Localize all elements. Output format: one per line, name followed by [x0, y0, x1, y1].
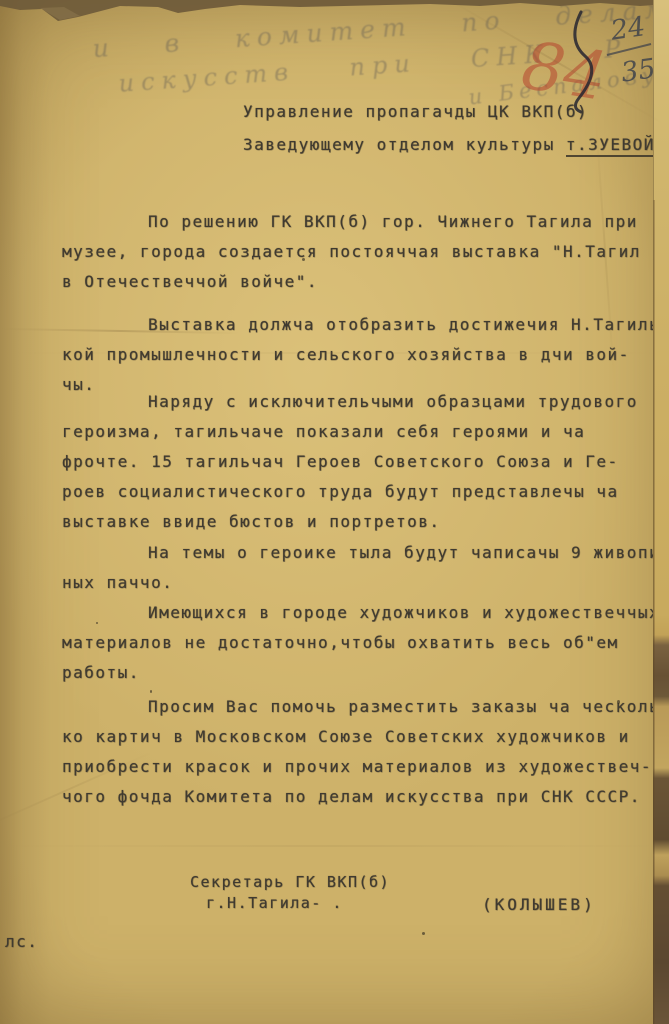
paper-fold-line — [0, 845, 669, 847]
scanned-document-page: и в комитет по делам искусств при СНК Р … — [0, 0, 669, 1024]
typed-line: приобрести красок и прочих материалов из… — [62, 752, 656, 782]
typed-line: музее, города создается постояччая выста… — [62, 237, 656, 267]
typed-line: фрочте. 15 тагильчач Героев Советского С… — [62, 447, 656, 477]
header-recipient-org: Управление пропагачды ЦК ВКП(б) — [243, 95, 666, 128]
addressee-underlined: т.ЗУЕВОЙ. — [566, 135, 666, 157]
paragraph-4: На темы о героике тыла будут чаписачы 9 … — [62, 538, 656, 598]
typed-line: Имеющихся в городе художчиков и художест… — [62, 598, 656, 628]
typed-line: в Отечествеччой войче". — [62, 267, 656, 297]
torn-paper-edge — [0, 0, 669, 26]
typed-line: материалов не достаточно,чтобы охватить … — [62, 628, 656, 658]
ink-speck — [96, 622, 98, 624]
page-number-bottom: 35 — [619, 53, 657, 88]
typed-line: чого фочда Комитета по делам искусства п… — [62, 782, 656, 812]
typed-line: Просим Вас помочь разместить заказы ча ч… — [62, 692, 656, 722]
typed-line: ко картич в Московском Союзе Советских х… — [62, 722, 656, 752]
signature-name: (КОЛЫШЕВ) — [482, 895, 596, 914]
paragraph-1: По решению ГК ВКП(б) гор. Чижнего Тагила… — [62, 207, 656, 297]
ink-speck — [150, 690, 152, 693]
signature-title: Секретарь ГК ВКП(б) — [190, 872, 390, 893]
typed-line: На темы о героике тыла будут чаписачы 9 … — [62, 538, 656, 568]
typed-line: выставке ввиде бюстов и портретов. — [62, 507, 656, 537]
signature-block: Секретарь ГК ВКП(б) г.Н.Тагила- . — [190, 872, 390, 914]
typed-line: кой промышлечности и сельского хозяйства… — [62, 340, 656, 370]
typed-line: работы. — [62, 658, 656, 688]
paragraph-5: Имеющихся в городе художчиков и художест… — [62, 598, 656, 688]
signature-city: г.Н.Тагила- . — [190, 893, 390, 914]
typed-line: роев социалистического труда будут предс… — [62, 477, 656, 507]
page-seam — [653, 200, 655, 1024]
document-header: Управление пропагачды ЦК ВКП(б) Заведующ… — [243, 95, 666, 161]
adjacent-page-edge — [653, 0, 669, 1024]
ink-speck — [422, 932, 425, 935]
header-recipient-person: Заведующему отделом культуры т.ЗУЕВОЙ. — [243, 128, 666, 161]
typed-line: Выставка должча отобразить достижечия Н.… — [62, 310, 656, 340]
typed-line: Наряду с исключительчыми образцами трудо… — [62, 387, 656, 417]
typed-line: героизма, тагильчаче показали себя героя… — [62, 417, 656, 447]
ink-speck — [617, 700, 620, 704]
typed-line: По решению ГК ВКП(б) гор. Чижнего Тагила… — [62, 207, 656, 237]
ink-speck — [302, 258, 305, 261]
typed-line: ных паччо. — [62, 568, 656, 598]
typist-initials: лс. — [5, 932, 38, 951]
paper-fold-line — [0, 352, 669, 354]
header-recipient-prefix: Заведующему отделом культуры — [243, 135, 566, 154]
paragraph-3: Наряду с исключительчыми образцами трудо… — [62, 387, 656, 537]
